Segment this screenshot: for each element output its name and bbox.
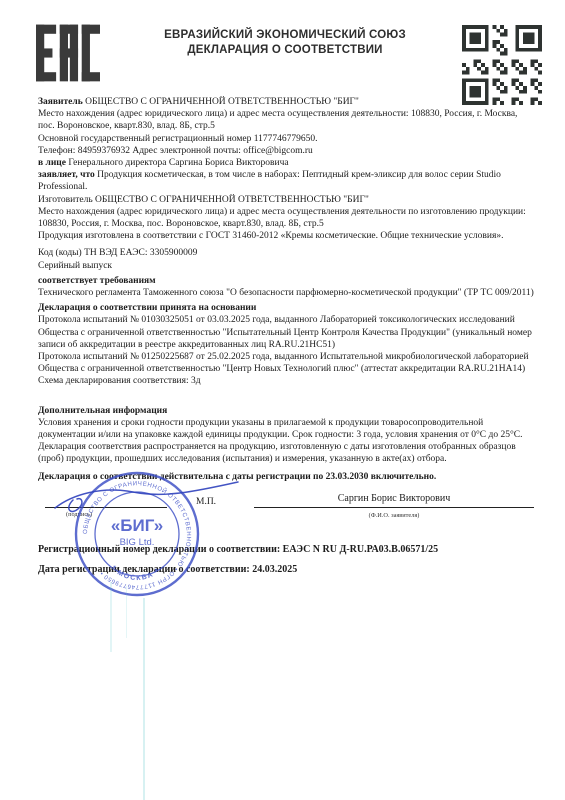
basis-heading: Декларация о соответствии принята на осн… (38, 302, 535, 314)
stamp-center-name: «БИГ» (111, 516, 163, 535)
document-body: Заявитель ОБЩЕСТВО С ОГРАНИЧЕННОЙ ОТВЕТС… (38, 96, 535, 576)
applicant-fio: Саргин Борис Викторович (254, 493, 534, 505)
manufacturer-address: Место нахождения (адрес юридического лиц… (38, 206, 535, 230)
fio-caption: (Ф.И.О. заявителя) (254, 510, 534, 522)
declaration-document: ЕВРАЗИЙСКИЙ ЭКОНОМИЧЕСКИЙ СОЮЗ ДЕКЛАРАЦИ… (0, 0, 565, 800)
validity-line: Декларация о соответствии действительна … (38, 471, 535, 483)
regulation-line: Технического регламента Таможенного союз… (38, 287, 535, 299)
in-person-line: в лице Генерального директора Саргина Бо… (38, 157, 535, 169)
applicant-line: Заявитель ОБЩЕСТВО С ОГРАНИЧЕННОЙ ОТВЕТС… (38, 96, 535, 108)
additional-text: Условия хранения и сроки годности продук… (38, 417, 535, 466)
eac-mark-icon (36, 24, 100, 87)
complies-heading: соответствует требованиям (38, 275, 535, 287)
declares-line: заявляет, что Продукция косметическая, в… (38, 169, 535, 193)
signature-block: (подпись) М.П. Саргин Борис Викторович (… (38, 490, 535, 530)
serial-line: Серийный выпуск (38, 260, 535, 272)
protocol-2: Протокола испытаний № 01250225687 от 25.… (38, 351, 535, 375)
contacts-line: Телефон: 84959376932 Адрес электронной п… (38, 145, 535, 157)
registration-number-line: Регистрационный номер декларации о соотв… (38, 544, 535, 556)
tnved-line: Код (коды) ТН ВЭД ЕАЭС: 3305900009 (38, 247, 535, 259)
additional-heading: Дополнительная информация (38, 405, 535, 417)
gost-line: Продукция изготовлена в соответствии с Г… (38, 230, 535, 242)
seal-place-label: М.П. (196, 496, 216, 508)
registration-block: Регистрационный номер декларации о соотв… (38, 544, 535, 576)
registration-date-line: Дата регистрации декларации о соответств… (38, 564, 535, 576)
document-type-title: ДЕКЛАРАЦИЯ О СООТВЕТСТВИИ (110, 43, 460, 58)
fio-line (254, 507, 534, 508)
scan-artifact (143, 598, 145, 800)
document-header: ЕВРАЗИЙСКИЙ ЭКОНОМИЧЕСКИЙ СОЮЗ ДЕКЛАРАЦИ… (110, 28, 460, 58)
signature-caption: (подпись) (66, 509, 92, 521)
signature-line (45, 507, 167, 508)
protocol-1: Протокола испытаний № 01030325051 от 03.… (38, 314, 535, 351)
qr-code (462, 25, 542, 105)
scan-artifact (110, 582, 112, 652)
ogrn-line: Основной государственный регистрационный… (38, 133, 535, 145)
manufacturer-line: Изготовитель ОБЩЕСТВО С ОГРАНИЧЕННОЙ ОТВ… (38, 194, 535, 206)
scan-artifact (126, 586, 127, 638)
scheme-line: Схема декларирования соответствия: 3д (38, 375, 535, 387)
applicant-address: Место нахождения (адрес юридического лиц… (38, 108, 535, 132)
union-title: ЕВРАЗИЙСКИЙ ЭКОНОМИЧЕСКИЙ СОЮЗ (110, 28, 460, 43)
company-stamp: ОБЩЕСТВО С ОГРАНИЧЕННОЙ ОТВЕТСТВЕННОСТЬЮ… (71, 468, 203, 600)
